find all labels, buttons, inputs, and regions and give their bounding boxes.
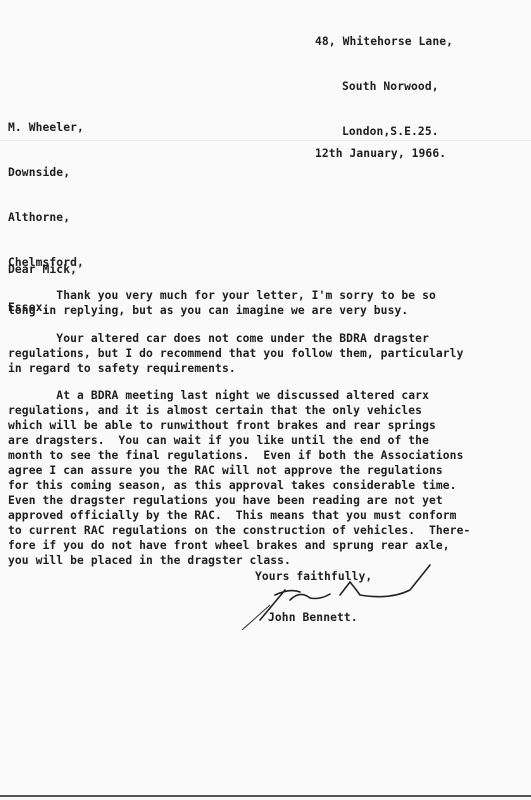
letter-page: 48, Whitehorse Lane, South Norwood, Lond… xyxy=(0,0,531,797)
recipient-line: Althorne, xyxy=(8,210,84,225)
sender-line: South Norwood, xyxy=(315,79,453,94)
recipient-line: Downside, xyxy=(8,165,84,180)
paragraph-3: At a BDRA meeting last night we discusse… xyxy=(8,388,470,568)
salutation: Dear Mick, xyxy=(8,262,77,277)
recipient-line: M. Wheeler, xyxy=(8,120,84,135)
sender-line: London,S.E.25. xyxy=(315,124,453,139)
sender-address: 48, Whitehorse Lane, South Norwood, Lond… xyxy=(315,4,453,169)
letter-date: 12th January, 1966. xyxy=(315,146,446,161)
paragraph-2: Your altered car does not come under the… xyxy=(8,331,464,376)
sender-line: 48, Whitehorse Lane, xyxy=(315,34,453,49)
paragraph-1: Thank you very much for your letter, I'm… xyxy=(8,288,436,318)
signature-name: John Bennett. xyxy=(268,610,358,625)
